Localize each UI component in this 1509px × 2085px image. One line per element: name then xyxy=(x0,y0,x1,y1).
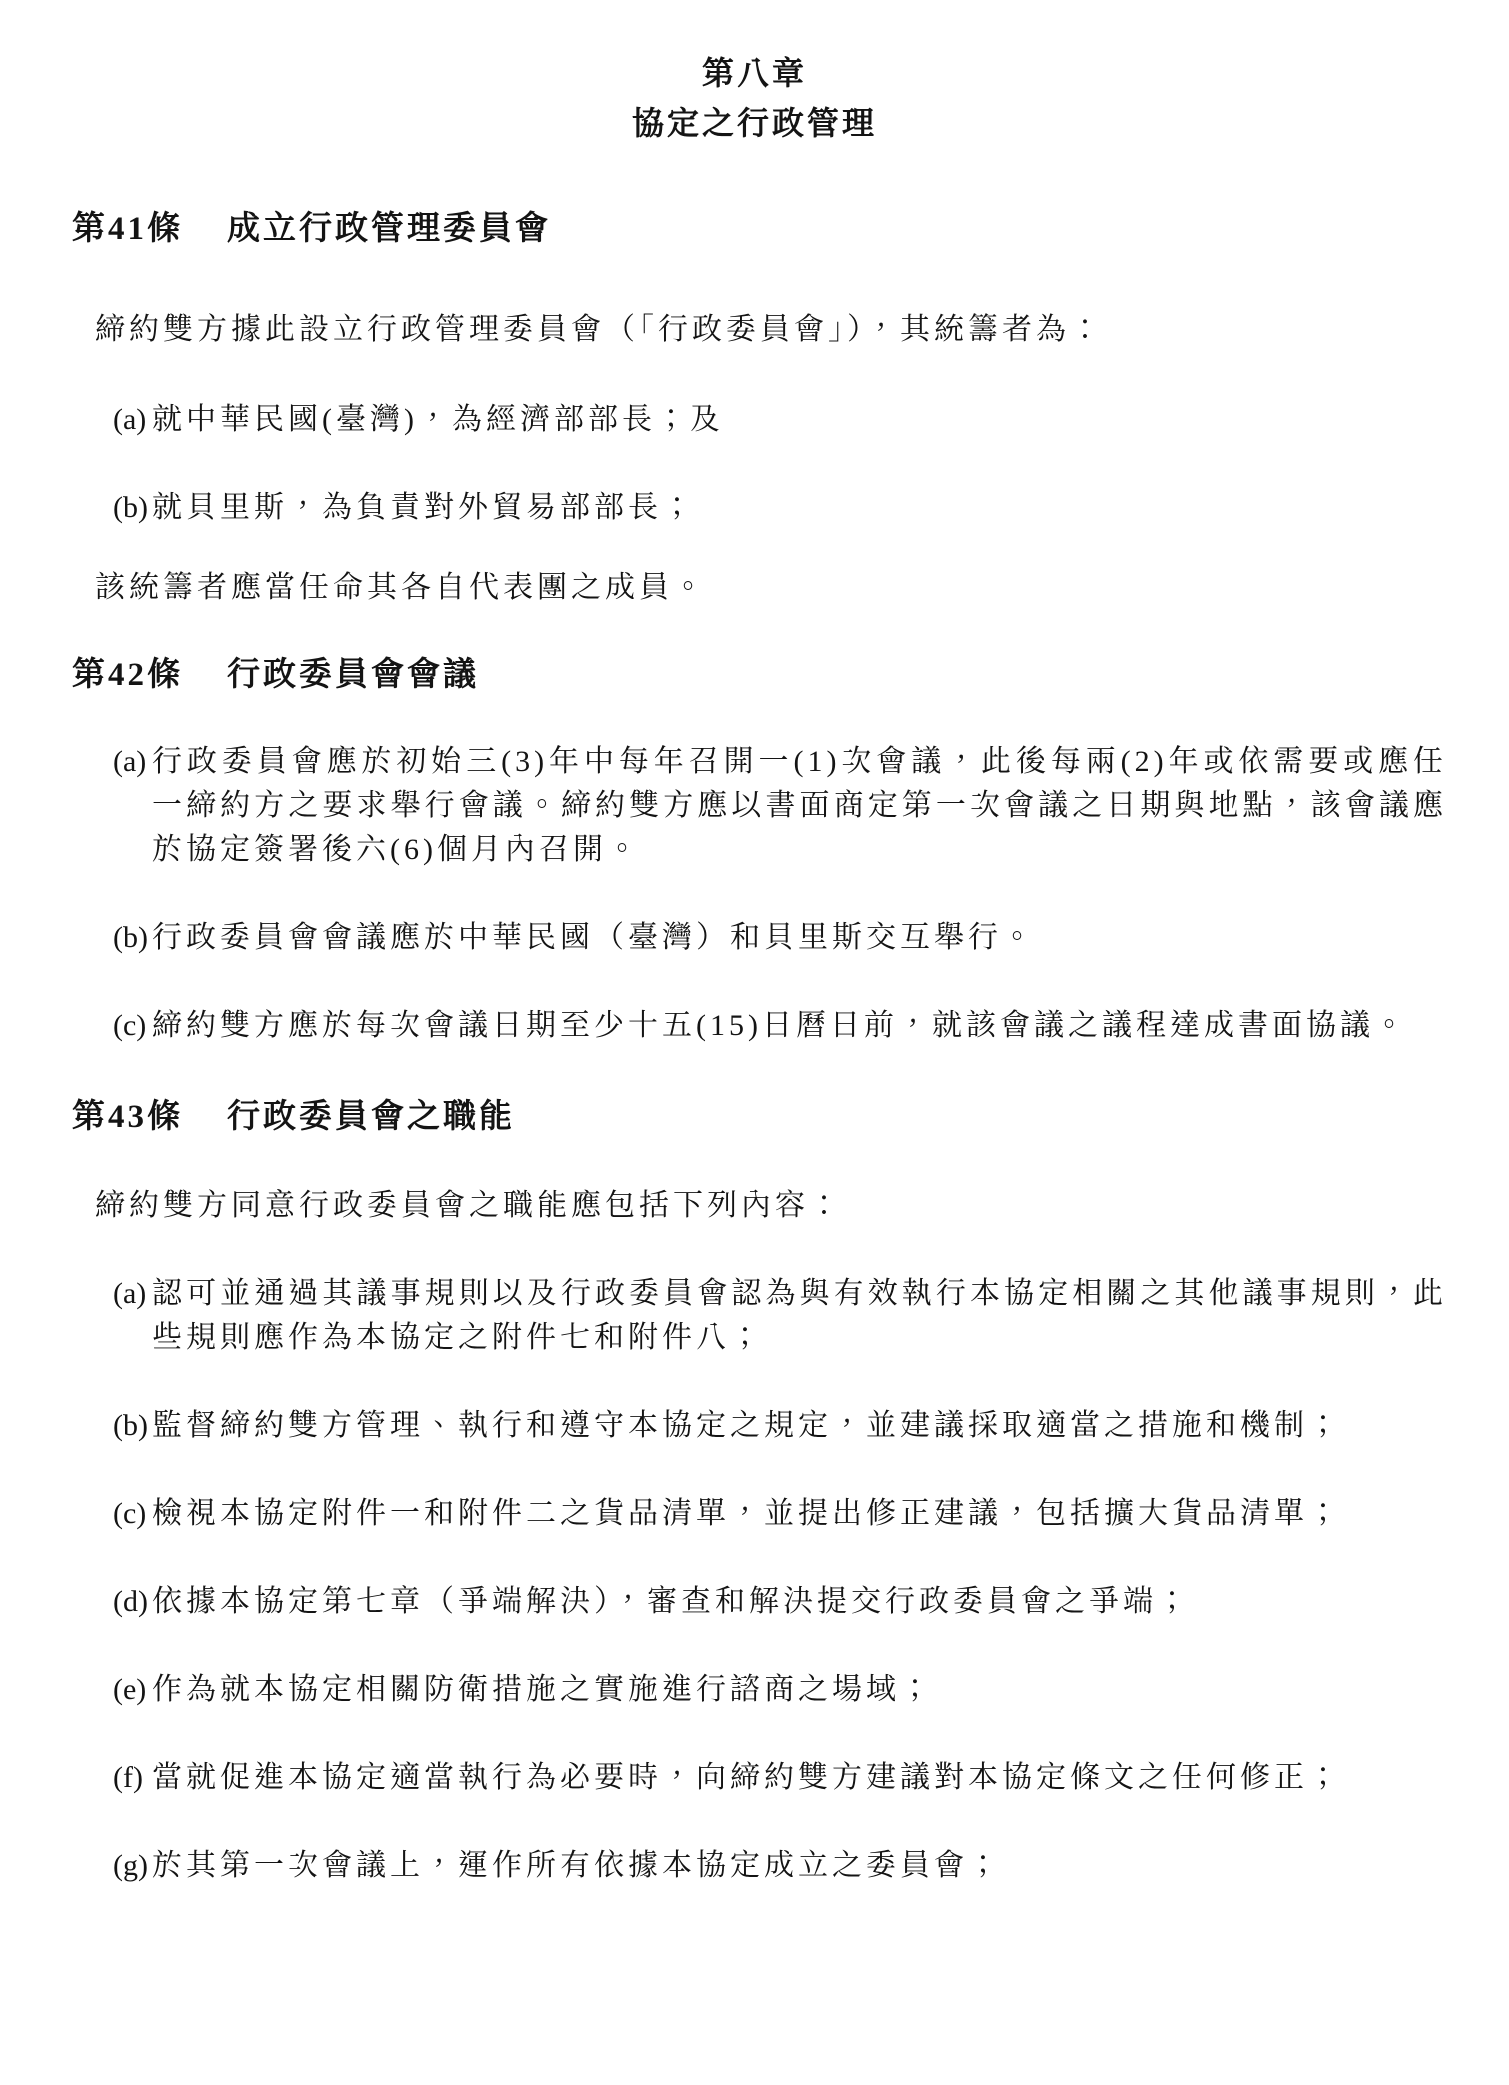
item-label: (b) xyxy=(113,1404,148,1448)
item-text: 依據本協定第七章（爭端解決），審查和解決提交行政委員會之爭端； xyxy=(152,1585,1191,1618)
article-43-title: 行政委員會之職能 xyxy=(227,1094,515,1140)
document-page: 第八章 協定之行政管理 第41條 成立行政管理委員會 締約雙方據此設立行政管理委… xyxy=(0,0,1509,2085)
item-text: 行政委員會會議應於中華民國（臺灣）和貝里斯交互舉行。 xyxy=(152,921,1036,954)
article-43-item-g: (g) 於其第一次會議上，運作所有依據本協定成立之委員會； xyxy=(0,1844,1447,1888)
article-41-item-b: (b) 就貝里斯，為負責對外貿易部部長； xyxy=(0,486,1447,530)
article-43-item-e: (e) 作為就本協定相關防衛措施之實施進行諮商之場域； xyxy=(0,1668,1447,1712)
article-42-item-c: (c) 締約雙方應於每次會議日期至少十五(15)日曆日前，就該會議之議程達成書面… xyxy=(0,1004,1447,1048)
item-text: 就貝里斯，為負責對外貿易部部長； xyxy=(152,491,696,524)
item-text: 檢視本協定附件一和附件二之貨品清單，並提出修正建議，包括擴大貨品清單； xyxy=(152,1497,1342,1530)
chapter-title: 協定之行政管理 xyxy=(0,98,1509,148)
item-text: 作為就本協定相關防衛措施之實施進行諮商之場域； xyxy=(152,1673,934,1706)
article-41-title: 成立行政管理委員會 xyxy=(227,206,551,252)
item-label: (b) xyxy=(113,916,148,960)
item-label: (e) xyxy=(113,1668,146,1712)
article-43-item-f: (f) 當就促進本協定適當執行為必要時，向締約雙方建議對本協定條文之任何修正； xyxy=(0,1756,1447,1800)
article-42-item-a: (a) 行政委員會應於初始三(3)年中每年召開一(1)次會議，此後每兩(2)年或… xyxy=(0,740,1447,872)
item-label: (b) xyxy=(113,486,148,530)
article-42-title: 行政委員會會議 xyxy=(227,652,479,698)
item-label: (a) xyxy=(113,1272,146,1316)
item-text: 締約雙方應於每次會議日期至少十五(15)日曆日前，就該會議之議程達成書面協議。 xyxy=(152,1009,1408,1042)
article-42-heading: 第42條 行政委員會會議 xyxy=(72,652,1449,698)
article-43-item-d: (d) 依據本協定第七章（爭端解決），審查和解決提交行政委員會之爭端； xyxy=(0,1580,1447,1624)
article-41-intro: 締約雙方據此設立行政管理委員會（「行政委員會」），其統籌者為： xyxy=(95,308,1445,352)
item-label: (d) xyxy=(113,1580,148,1624)
item-text: 認可並通過其議事規則以及行政委員會認為與有效執行本協定相關之其他議事規則，此些規… xyxy=(152,1277,1447,1354)
item-label: (g) xyxy=(113,1844,148,1888)
article-41-number: 第41條 xyxy=(72,206,183,252)
item-text: 當就促進本協定適當執行為必要時，向締約雙方建議對本協定條文之任何修正； xyxy=(152,1761,1342,1794)
item-label: (f) xyxy=(113,1756,143,1800)
article-41-item-a: (a) 就中華民國(臺灣)，為經濟部部長；及 xyxy=(0,398,1447,442)
item-label: (c) xyxy=(113,1004,146,1048)
item-label: (c) xyxy=(113,1492,146,1536)
article-41-closing: 該統籌者應當任命其各自代表團之成員。 xyxy=(95,566,1445,610)
article-43-item-b: (b) 監督締約雙方管理、執行和遵守本協定之規定，並建議採取適當之措施和機制； xyxy=(0,1404,1447,1448)
item-text: 監督締約雙方管理、執行和遵守本協定之規定，並建議採取適當之措施和機制； xyxy=(152,1409,1342,1442)
article-43-item-c: (c) 檢視本協定附件一和附件二之貨品清單，並提出修正建議，包括擴大貨品清單； xyxy=(0,1492,1447,1536)
item-text: 就中華民國(臺灣)，為經濟部部長；及 xyxy=(152,403,724,436)
item-label: (a) xyxy=(113,398,146,442)
item-text: 行政委員會應於初始三(3)年中每年召開一(1)次會議，此後每兩(2)年或依需要或… xyxy=(152,745,1447,866)
article-43-item-a: (a) 認可並通過其議事規則以及行政委員會認為與有效執行本協定相關之其他議事規則… xyxy=(0,1272,1447,1360)
article-43-intro: 締約雙方同意行政委員會之職能應包括下列內容： xyxy=(95,1184,1445,1228)
article-42-number: 第42條 xyxy=(72,652,183,698)
article-42-item-b: (b) 行政委員會會議應於中華民國（臺灣）和貝里斯交互舉行。 xyxy=(0,916,1447,960)
chapter-number: 第八章 xyxy=(0,48,1509,98)
article-43-number: 第43條 xyxy=(72,1094,183,1140)
item-text: 於其第一次會議上，運作所有依據本協定成立之委員會； xyxy=(152,1849,1002,1882)
article-41-heading: 第41條 成立行政管理委員會 xyxy=(72,206,1449,252)
article-43-heading: 第43條 行政委員會之職能 xyxy=(72,1094,1449,1140)
item-label: (a) xyxy=(113,740,146,784)
